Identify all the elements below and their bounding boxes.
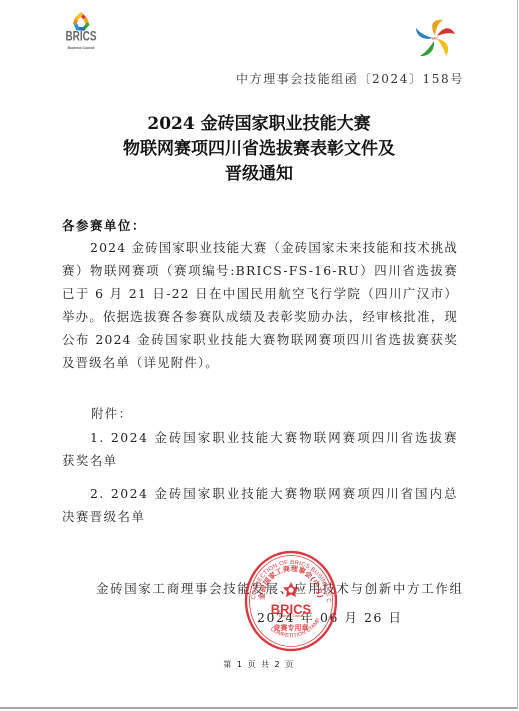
attachment-item-2: 2. 2024 金砖国家职业技能大赛物联网赛项四川省国内总决赛晋级名单 <box>62 482 458 528</box>
body-paragraph: 2024 金砖国家职业技能大赛（金砖国家未来技能和技术挑战赛）物联网赛项（赛项编… <box>62 236 458 374</box>
title-line-3: 晋级通知 <box>0 162 518 187</box>
brics-business-council-logo: BRICS Business Council <box>63 12 99 62</box>
page-indicator: 第 1 页 共 2 页 <box>0 659 518 670</box>
title-line-2: 物联网赛项四川省选拔赛表彰文件及 <box>0 137 518 162</box>
document-title: 2024 金砖国家职业技能大赛 物联网赛项四川省选拔赛表彰文件及 晋级通知 <box>0 112 518 187</box>
svg-text:Business Council: Business Council <box>279 614 304 618</box>
brics-wordmark: BRICS <box>63 31 99 45</box>
document-page: BRICS Business Council BRC 中方理事会技能组函〔202… <box>0 0 518 709</box>
brics-skills-pinwheel-logo: BRC <box>413 16 457 60</box>
official-red-seal: CONNECTION OF BRICS BUSINESS COUNCIL SKI… <box>244 550 338 652</box>
attachments-label: 附件： <box>91 404 132 422</box>
seal-stamp-icon: CONNECTION OF BRICS BUSINESS COUNCIL SKI… <box>244 550 338 652</box>
title-line-1: 2024 金砖国家职业技能大赛 <box>0 112 518 137</box>
business-council-subtitle: Business Council <box>63 46 99 50</box>
reference-number: 中方理事会技能组函〔2024〕158号 <box>236 70 464 87</box>
pinwheel-icon: BRC <box>413 16 457 60</box>
attachment-item-1: 1. 2024 金砖国家职业技能大赛物联网赛项四川省选拔赛获奖名单 <box>62 426 458 472</box>
salutation: 各参赛单位： <box>62 216 146 234</box>
svg-text:BRC: BRC <box>432 37 439 41</box>
svg-text:竞赛专用章: 竞赛专用章 <box>274 623 309 632</box>
